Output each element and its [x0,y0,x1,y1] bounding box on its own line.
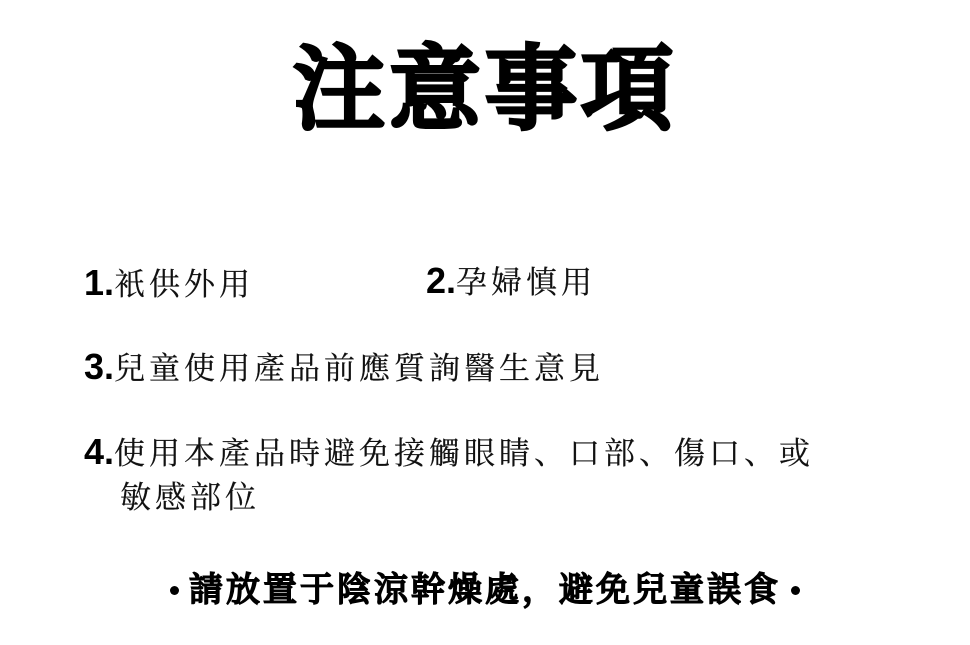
item-text: 使用本產品時避免接觸眼睛、口部、傷口、或 [114,434,814,474]
item-number: 1. [84,263,114,303]
item-number: 3. [84,347,114,387]
item-4-continuation: 敏感部位 [120,478,260,518]
item-text: 孕婦慎用 [456,263,596,303]
item-number: 4. [84,432,114,472]
notice-item-2: 2. 孕婦慎用 [426,261,596,303]
bullet-dot-icon [170,586,179,595]
page-title: 注意事項 [0,34,970,144]
item-text: 衹供外用 [114,265,254,305]
notice-item-3: 3. 兒童使用產品前應質詢醫生意見 [84,347,604,389]
notice-item-4: 4. 使用本產品時避免接觸眼睛、口部、傷口、或 [84,432,814,474]
item-text: 兒童使用產品前應質詢醫生意見 [114,349,604,389]
storage-warning: 請放置于陰涼幹燥處，避免兒童誤食 [0,566,970,614]
item-number: 2. [426,261,456,301]
storage-warning-text: 請放置于陰涼幹燥處，避免兒童誤食 [189,566,781,614]
bullet-dot-icon [791,586,800,595]
notice-item-1: 1. 衹供外用 [84,263,254,305]
